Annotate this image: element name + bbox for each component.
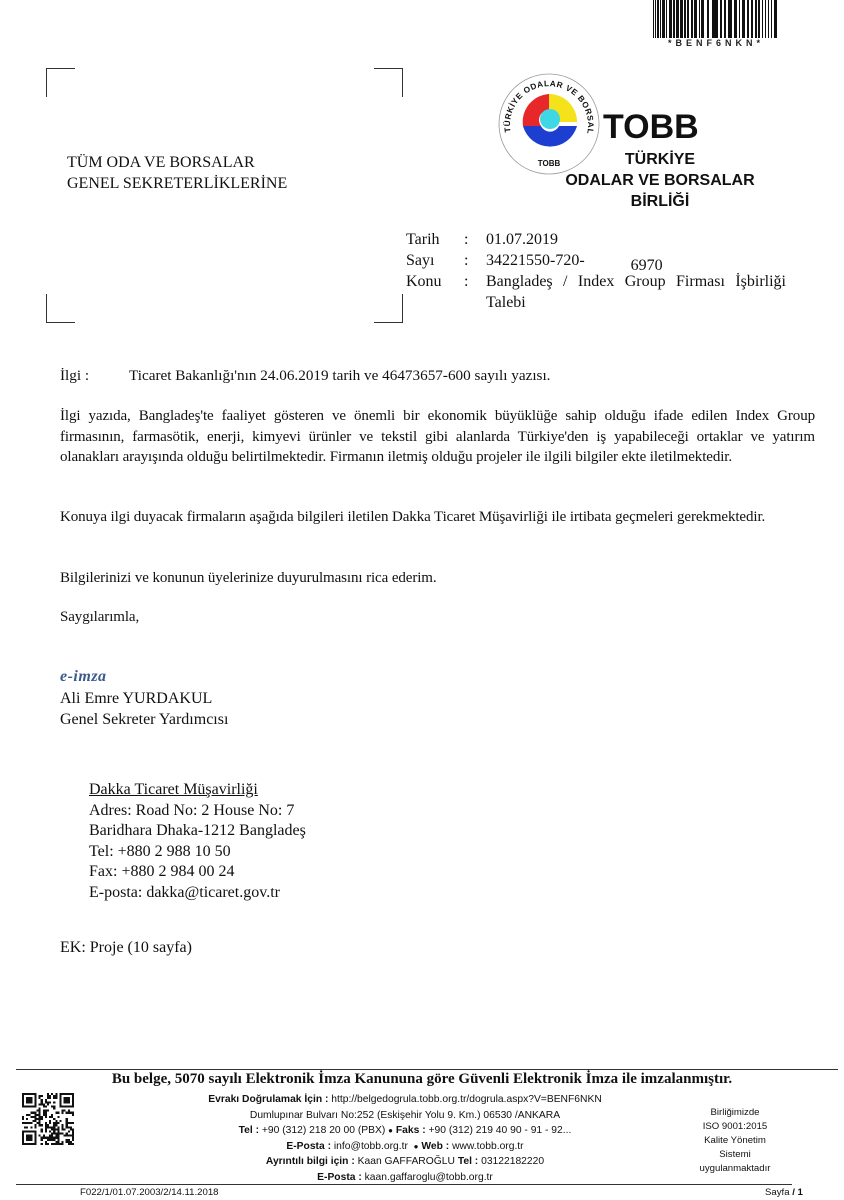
date-label: Tarih — [406, 229, 464, 250]
iso-notice: Birliğimizde ISO 9001:2015 Kalite Yöneti… — [680, 1106, 790, 1176]
fax-value: +90 (312) 219 40 90 - 91 - 92... — [429, 1125, 572, 1136]
contact-email: E-posta: dakka@ticaret.gov.tr — [89, 883, 306, 904]
contact-fax: Fax: +880 2 984 00 24 — [89, 862, 306, 883]
tel-label: Tel : — [239, 1125, 259, 1136]
org-acronym: TOBB — [603, 108, 699, 147]
iso-line: ISO 9001:2015 — [680, 1120, 790, 1134]
qr-code — [22, 1093, 74, 1145]
barcode-text: *BENF6NKN* — [652, 38, 780, 48]
meta-subject-row: Konu : Bangladeş / Index Group Firması İ… — [406, 271, 786, 313]
contact-office: Dakka Ticaret Müşavirliği — [89, 780, 306, 801]
page-value: / 1 — [792, 1187, 803, 1198]
form-code: F022/1/01.07.2003/2/14.11.2018 — [80, 1187, 219, 1198]
fax-label: Faks : — [396, 1125, 426, 1136]
contact-address-1: Adres: Road No: 2 House No: 7 — [89, 801, 306, 822]
contact-person-label: Ayrıntılı bilgi için : — [266, 1156, 355, 1167]
verify-label: Evrakı Doğrulamak İçin : — [208, 1094, 328, 1105]
document-meta: Tarih : 01.07.2019 Sayı : 34221550-720-6… — [406, 229, 786, 313]
separator: : — [464, 250, 486, 271]
barcode — [652, 0, 780, 38]
signature-block: Ali Emre YURDAKUL Genel Sekreter Yardımc… — [60, 688, 228, 730]
meta-number-row: Sayı : 34221550-720-6970 — [406, 250, 786, 271]
page-label: Sayfa — [765, 1187, 790, 1198]
separator: : — [464, 229, 486, 250]
body-paragraph-1: İlgi yazıda, Bangladeş'te faaliyet göste… — [60, 406, 815, 468]
corner-mark-bottom-right — [374, 294, 403, 323]
tel-value: +90 (312) 218 20 00 (PBX) — [262, 1125, 385, 1136]
addressee-line-2: GENEL SEKRETERLİKLERİNE — [67, 173, 287, 194]
number-value: 34221550-720-6970 — [486, 250, 786, 271]
footer-contact-email: E-Posta : kaan.gaffaroglu@tobb.org.tr — [150, 1170, 660, 1186]
subject-label: Konu — [406, 271, 464, 313]
corner-mark-top-right — [374, 68, 403, 97]
number-prefix: 34221550-720- — [486, 252, 585, 269]
number-suffix: 6970 — [631, 255, 663, 276]
e-signature-mark: e-imza — [60, 668, 107, 686]
org-name-line-1: TÜRKİYE — [545, 149, 775, 170]
iso-line: Kalite Yönetim — [680, 1134, 790, 1148]
footer-divider-top — [16, 1069, 838, 1070]
date-value: 01.07.2019 — [486, 229, 786, 250]
web-value[interactable]: www.tobb.org.tr — [452, 1141, 524, 1152]
signer-title: Genel Sekreter Yardımcısı — [60, 709, 228, 730]
email-label: E-Posta : — [286, 1141, 331, 1152]
email-value[interactable]: info@tobb.org.tr — [334, 1141, 408, 1152]
closing: Saygılarımla, — [60, 607, 815, 628]
bullet-icon: ● — [388, 1126, 393, 1135]
web-label: Web : — [421, 1141, 449, 1152]
contact-person-tel: 03122182220 — [481, 1156, 544, 1167]
meta-date-row: Tarih : 01.07.2019 — [406, 229, 786, 250]
body-paragraph-3: Bilgilerinizi ve konunun üyelerinize duy… — [60, 568, 815, 589]
reference-line: İlgi :Ticaret Bakanlığı'nın 24.06.2019 t… — [60, 367, 550, 385]
org-name-line-2: ODALAR VE BORSALAR — [545, 170, 775, 191]
contact-person-name: Kaan GAFFAROĞLU — [358, 1156, 455, 1167]
contact-block: Dakka Ticaret Müşavirliği Adres: Road No… — [89, 780, 306, 903]
signer-name: Ali Emre YURDAKUL — [60, 688, 228, 709]
iso-line: uygulanmaktadır — [680, 1162, 790, 1176]
contact-email-value[interactable]: kaan.gaffaroglu@tobb.org.tr — [365, 1172, 493, 1183]
footer-phone-line: Tel : +90 (312) 218 20 00 (PBX) ● Faks :… — [150, 1123, 660, 1139]
body-paragraph-2: Konuya ilgi duyacak firmaların aşağıda b… — [60, 507, 815, 528]
reference-label: İlgi : — [60, 367, 129, 385]
separator: : — [464, 271, 486, 313]
verify-url[interactable]: http://belgedogrula.tobb.org.tr/dogrula.… — [331, 1094, 601, 1105]
footer-address: Dumlupınar Bulvarı No:252 (Eskişehir Yol… — [150, 1108, 660, 1124]
subject-value: Bangladeş / Index Group Firması İşbirliğ… — [486, 271, 786, 313]
footer-divider-bottom — [16, 1184, 792, 1185]
footer-contact-info: Evrakı Doğrulamak İçin : http://belgedog… — [150, 1092, 660, 1185]
org-name: TÜRKİYE ODALAR VE BORSALAR BİRLİĞİ — [545, 149, 775, 212]
iso-line: Sistemi — [680, 1148, 790, 1162]
page-number: Sayfa / 1 — [765, 1187, 803, 1198]
contact-tel: Tel: +880 2 988 10 50 — [89, 842, 306, 863]
bullet-icon: ● — [414, 1142, 419, 1151]
reference-text: Ticaret Bakanlığı'nın 24.06.2019 tarih v… — [129, 367, 550, 384]
footer-contact-person: Ayrıntılı bilgi için : Kaan GAFFAROĞLU T… — [150, 1154, 660, 1170]
addressee-line-1: TÜM ODA VE BORSALAR — [67, 152, 287, 173]
attachment-note: EK: Proje (10 sayfa) — [60, 939, 192, 957]
org-name-line-3: BİRLİĞİ — [545, 191, 775, 212]
footer-web-line: E-Posta : info@tobb.org.tr ● Web : www.t… — [150, 1139, 660, 1155]
addressee: TÜM ODA VE BORSALAR GENEL SEKRETERLİKLER… — [67, 152, 287, 194]
corner-mark-bottom-left — [46, 294, 75, 323]
corner-mark-top-left — [46, 68, 75, 97]
contact-person-tel-label: Tel : — [458, 1156, 478, 1167]
contact-address-2: Baridhara Dhaka-1212 Bangladeş — [89, 821, 306, 842]
e-signature-notice: Bu belge, 5070 sayılı Elektronik İmza Ka… — [0, 1071, 844, 1088]
contact-email-label: E-Posta : — [317, 1172, 362, 1183]
number-label: Sayı — [406, 250, 464, 271]
iso-line: Birliğimizde — [680, 1106, 790, 1120]
verify-line: Evrakı Doğrulamak İçin : http://belgedog… — [150, 1092, 660, 1108]
